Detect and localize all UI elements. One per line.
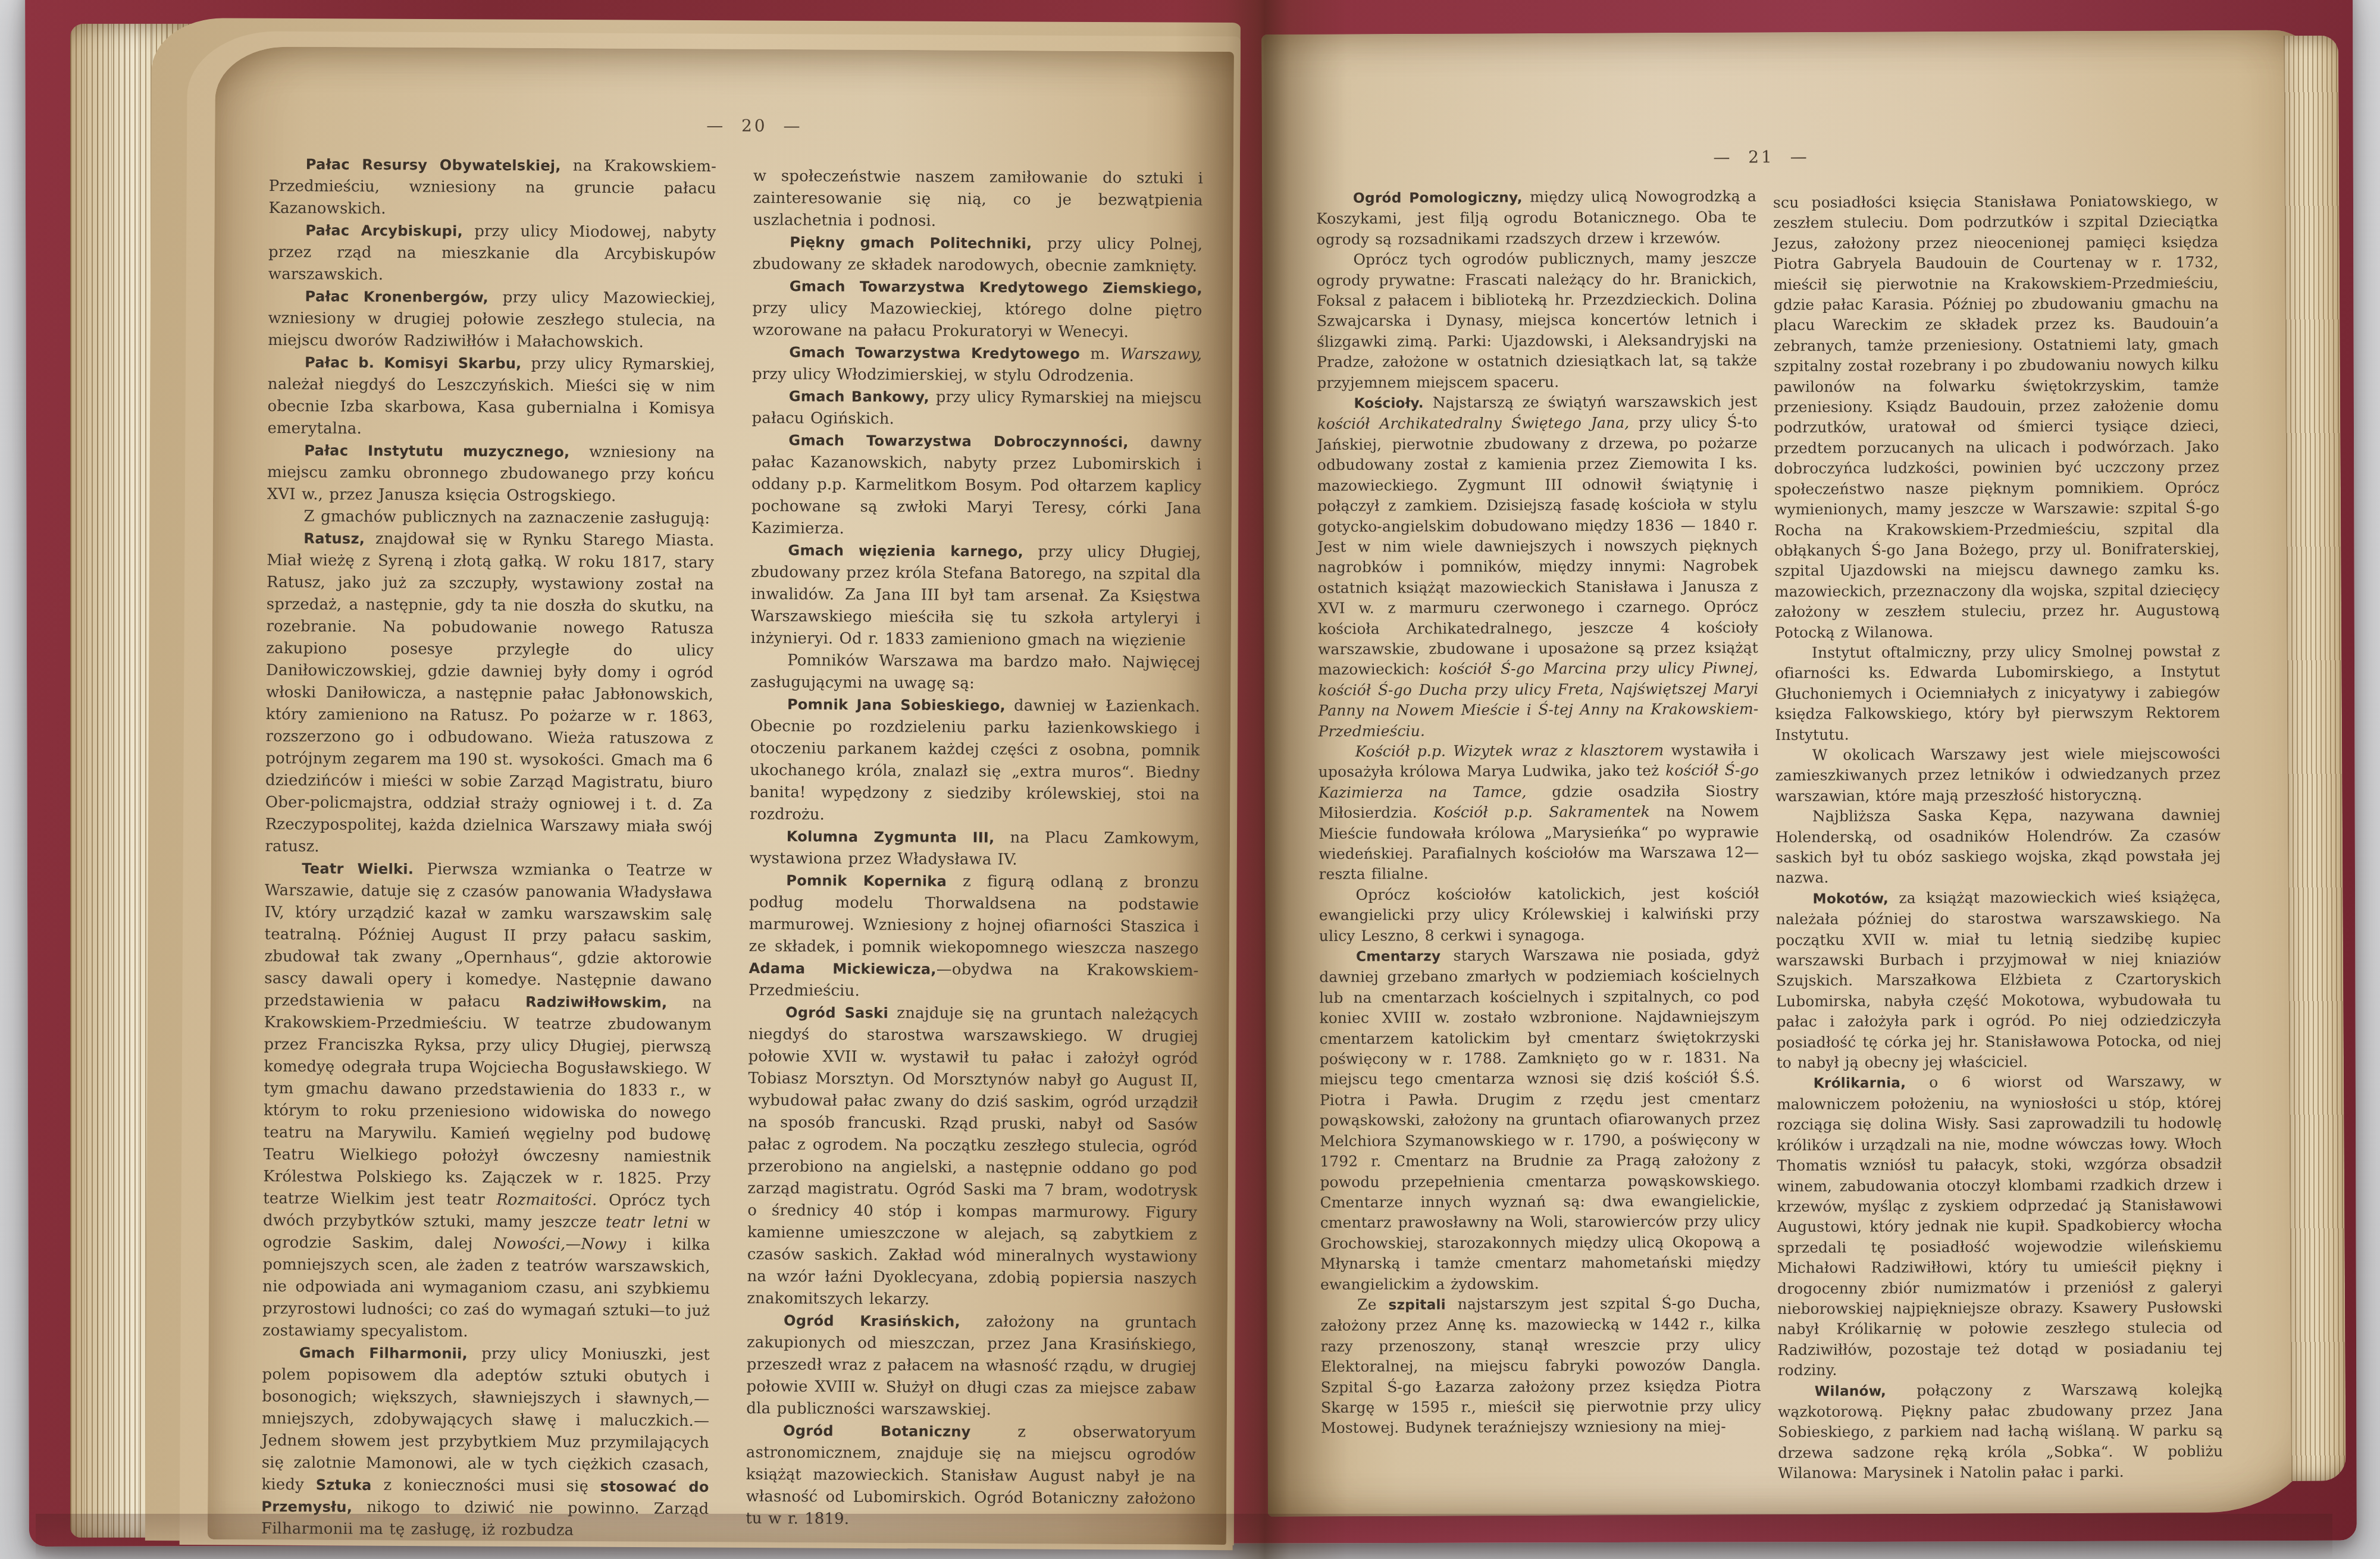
headword: Ogród Saski bbox=[785, 1004, 888, 1021]
paragraph: W okolicach Warszawy jest wiele miejscow… bbox=[1775, 744, 2221, 807]
paragraph: w społeczeństwie naszem zamiłowanie do s… bbox=[753, 165, 1203, 234]
italic-run: Nowości, bbox=[493, 1235, 566, 1253]
headword: Kościoły. bbox=[1354, 395, 1424, 411]
text-run: znajdował się w Rynku Starego Miasta. Mi… bbox=[265, 530, 714, 856]
headword: Ogród Krasińskich, bbox=[784, 1312, 960, 1330]
headword: Cmentarzy bbox=[1356, 948, 1440, 965]
headword: Adama Mickiewicza, bbox=[749, 960, 936, 978]
paragraph: Pomników Warszawa ma bardzo mało. Najwię… bbox=[750, 650, 1200, 696]
text-run: Pierwsza wzmianka o Teatrze w Warszawie,… bbox=[264, 860, 712, 1011]
text-run: Oprócz tych ogrodów publicznych, mamy je… bbox=[1317, 249, 1758, 391]
text-run: m. bbox=[1080, 345, 1120, 363]
headword: Ogród Pomologiczny, bbox=[1353, 190, 1523, 206]
page20-column-1: Pałac Resursy Obywatelskiej, na Krakowsk… bbox=[261, 153, 716, 1542]
headword: Gmach Towarzystwa Dobroczynności, bbox=[788, 432, 1128, 450]
headword: Teatr Wielki. bbox=[302, 860, 414, 877]
page-number-21: — 21 — bbox=[1666, 147, 1856, 167]
text-run: Instytut oftalmiczny, przy ulicy Smolnej… bbox=[1775, 642, 2220, 743]
paragraph: Ogród Saski znajduje się na gruntach nal… bbox=[747, 1002, 1198, 1312]
paragraph: Królikarnia, o 6 wiorst od Warszawy, w m… bbox=[1777, 1072, 2223, 1381]
paragraph: Gmach Towarzystwa Kredytowego Ziemskiego… bbox=[752, 275, 1202, 344]
text-run: — bbox=[565, 1235, 581, 1253]
text-run: na Krakowskiem-Przedmieściu. W teatrze z… bbox=[263, 994, 712, 1209]
headword: Pomnik Kopernika bbox=[786, 872, 947, 890]
paragraph: Pałac Resursy Obywatelskiej, na Krakowsk… bbox=[268, 153, 716, 222]
paragraph: Najbliższa Saska Kępa, nazywana dawniej … bbox=[1775, 805, 2221, 888]
paragraph: Teatr Wielki. Pierwsza wzmianka o Teatrz… bbox=[262, 858, 713, 1344]
paragraph: Oprócz kościołów katolickich, jest kości… bbox=[1319, 883, 1759, 946]
paragraph: Cmentarzy starych Warszawa nie posiada, … bbox=[1319, 945, 1761, 1295]
paragraph: Oprócz tych ogrodów publicznych, mamy je… bbox=[1316, 248, 1757, 393]
headword: Królikarnia, bbox=[1814, 1075, 1906, 1092]
italic-run: teatr letni bbox=[606, 1213, 688, 1232]
paragraph: Ogród Botaniczny z obserwatoryum astrono… bbox=[746, 1420, 1196, 1532]
headword: Gmach więzienia karnego, bbox=[788, 542, 1023, 560]
paragraph: Gmach więzienia karnego, przy ulicy Dług… bbox=[750, 539, 1201, 652]
text-run: Pomników Warszawa ma bardzo mało. Najwię… bbox=[750, 651, 1200, 692]
text-run: z konieczności musi się bbox=[371, 1476, 600, 1495]
paragraph: Wilanów, połączony z Warszawą kolejką wą… bbox=[1778, 1379, 2224, 1484]
headword: Gmach Towarzystwa Kredytowego Ziemskiego… bbox=[790, 278, 1202, 297]
text-run: przy ulicy Ś-to Jańskiej, pierwotnie zbu… bbox=[1317, 414, 1758, 679]
headword: Pałac Kronenbergów, bbox=[305, 288, 488, 306]
page-number-20: — 20 — bbox=[659, 115, 850, 136]
paragraph: Ogród Pomologiczny, między ulicą Nowogro… bbox=[1316, 186, 1756, 250]
text-run: za książąt mazowieckich wieś książęca, n… bbox=[1776, 888, 2222, 1071]
page21-column-2: scu posiadłości księcia Stanisława Ponia… bbox=[1773, 191, 2223, 1483]
text-run: starych Warszawa nie posiada, gdyż dawni… bbox=[1319, 946, 1761, 1293]
paragraph: Pałac Kronenbergów, przy ulicy Mazowieck… bbox=[268, 286, 716, 354]
headword: Radziwiłłowskim, bbox=[525, 993, 668, 1011]
headword: Gmach Filharmonii, bbox=[299, 1344, 468, 1362]
paragraph: Pałac Instytutu muzycznego, wzniesiony n… bbox=[267, 440, 715, 508]
paragraph: Kościół p.p. Wizytek wraz z klasztorem w… bbox=[1319, 740, 1759, 885]
text-run: Ze bbox=[1357, 1295, 1388, 1313]
paragraph: Kolumna Zygmunta III, na Placu Zamkowym,… bbox=[749, 826, 1199, 872]
paragraph: Gmach Filharmonii, przy ulicy Moniuszki,… bbox=[261, 1342, 710, 1542]
headword: szpitali bbox=[1388, 1297, 1445, 1313]
paragraph: Gmach Bankowy, przy ulicy Rymarskiej na … bbox=[752, 385, 1202, 432]
headword: Piękny gmach Politechniki, bbox=[790, 234, 1032, 252]
italic-run: Rozmaitości. bbox=[496, 1191, 597, 1209]
page21-column-1: Ogród Pomologiczny, między ulicą Nowogro… bbox=[1316, 186, 1761, 1439]
paragraph: Ogród Krasińskich, założony na gruntach … bbox=[746, 1310, 1197, 1422]
paragraph: Pomnik Kopernika z figurą odlaną z bronz… bbox=[749, 870, 1199, 1004]
headword: Pałac Resursy Obywatelskiej, bbox=[306, 156, 561, 174]
headword: Mokotów, bbox=[1813, 890, 1889, 906]
text-run: Z gmachów publicznych na zaznaczenie zas… bbox=[304, 507, 710, 528]
headword: Wilanów, bbox=[1815, 1383, 1886, 1399]
paragraph: Mokotów, za książąt mazowieckich wieś ks… bbox=[1775, 887, 2221, 1074]
headword: Gmach Bankowy, bbox=[789, 388, 929, 405]
text-run: Najstarszą ze świątyń warszawskich jest bbox=[1424, 393, 1758, 411]
text-run: w społeczeństwie naszem zamiłowanie do s… bbox=[753, 167, 1203, 230]
paragraph: scu posiadłości księcia Stanisława Ponia… bbox=[1773, 191, 2220, 643]
paragraph: Ze szpitali najstarszym jest szpital Ś-g… bbox=[1320, 1293, 1761, 1439]
headword: Pałac Instytutu muzycznego, bbox=[304, 442, 569, 460]
paragraph: Pomnik Jana Sobieskiego, dawniej w Łazie… bbox=[750, 694, 1200, 828]
italic-run: Kościół p.p. Sakramentek bbox=[1433, 803, 1650, 821]
text-run: znajduje się na gruntach należących nieg… bbox=[747, 1004, 1198, 1308]
text-run: Oprócz kościołów katolickich, jest kości… bbox=[1319, 884, 1759, 945]
paragraph: Kościoły. Najstarszą ze świątyń warszaws… bbox=[1317, 391, 1758, 742]
italic-run: Kościół p.p. Wizytek wraz z klasztorem bbox=[1355, 742, 1664, 760]
paragraph: Gmach Towarzystwa Dobroczynności, dawny … bbox=[751, 429, 1201, 542]
text-run: o 6 wiorst od Warszawy, w malowniczem po… bbox=[1777, 1073, 2223, 1379]
headword: Pałac Arcybiskupi, bbox=[305, 222, 463, 239]
headword: Ratusz, bbox=[303, 530, 365, 547]
italic-run: Nowy bbox=[581, 1235, 627, 1253]
text-run: przy ulicy Włodzimierskiej, w stylu Odro… bbox=[752, 365, 1134, 385]
text-run: scu posiadłości księcia Stanisława Ponia… bbox=[1773, 192, 2220, 641]
headword: Pałac b. Komisyi Skarbu, bbox=[305, 354, 522, 372]
page20-column-2: w społeczeństwie naszem zamiłowanie do s… bbox=[746, 165, 1203, 1532]
page-edges-right bbox=[2284, 36, 2346, 1481]
paragraph: Z gmachów publicznych na zaznaczenie zas… bbox=[267, 506, 714, 530]
text-run: Najbliższa Saska Kępa, nazywana dawniej … bbox=[1775, 806, 2221, 886]
paragraph: Gmach Towarzystwa Kredytowego m. Warszaw… bbox=[752, 341, 1202, 388]
italic-run: Warszawy, bbox=[1120, 345, 1202, 363]
paragraph: Pałac Arcybiskupi, przy ulicy Miodowej, … bbox=[268, 219, 716, 288]
headword: Gmach Towarzystwa Kredytowego bbox=[789, 344, 1080, 362]
paragraph: Pałac b. Komisyi Skarbu, przy ulicy Ryma… bbox=[267, 352, 715, 442]
text-run: przy ulicy Moniuszki, jest polem popisow… bbox=[261, 1345, 709, 1494]
paragraph: Ratusz, znajdował się w Rynku Starego Mi… bbox=[265, 528, 714, 860]
text-run: W okolicach Warszawy jest wiele miejscow… bbox=[1775, 745, 2221, 805]
headword: Ogród Botaniczny bbox=[783, 1422, 971, 1440]
italic-run: kościół Archikatedralny Świętego Jana, bbox=[1317, 414, 1629, 432]
text-run: najstarszym jest szpital Ś-go Ducha, zał… bbox=[1320, 1294, 1761, 1436]
text-run: przy ulicy Mazowieckiej, którego dolne p… bbox=[752, 299, 1202, 341]
headword: Kolumna Zygmunta III, bbox=[787, 828, 995, 846]
headword: Pomnik Jana Sobieskiego, bbox=[787, 696, 1006, 714]
book-photo: { "scene": { "description_colors": { "ba… bbox=[0, 0, 2380, 1559]
paragraph: Instytut oftalmiczny, przy ulicy Smolnej… bbox=[1775, 641, 2221, 745]
headword: Sztuka bbox=[316, 1476, 372, 1494]
paragraph: Piękny gmach Politechniki, przy ulicy Po… bbox=[753, 231, 1202, 278]
text-run: dawniej w Łazienkach. Obecnie po rozdzie… bbox=[750, 697, 1200, 823]
